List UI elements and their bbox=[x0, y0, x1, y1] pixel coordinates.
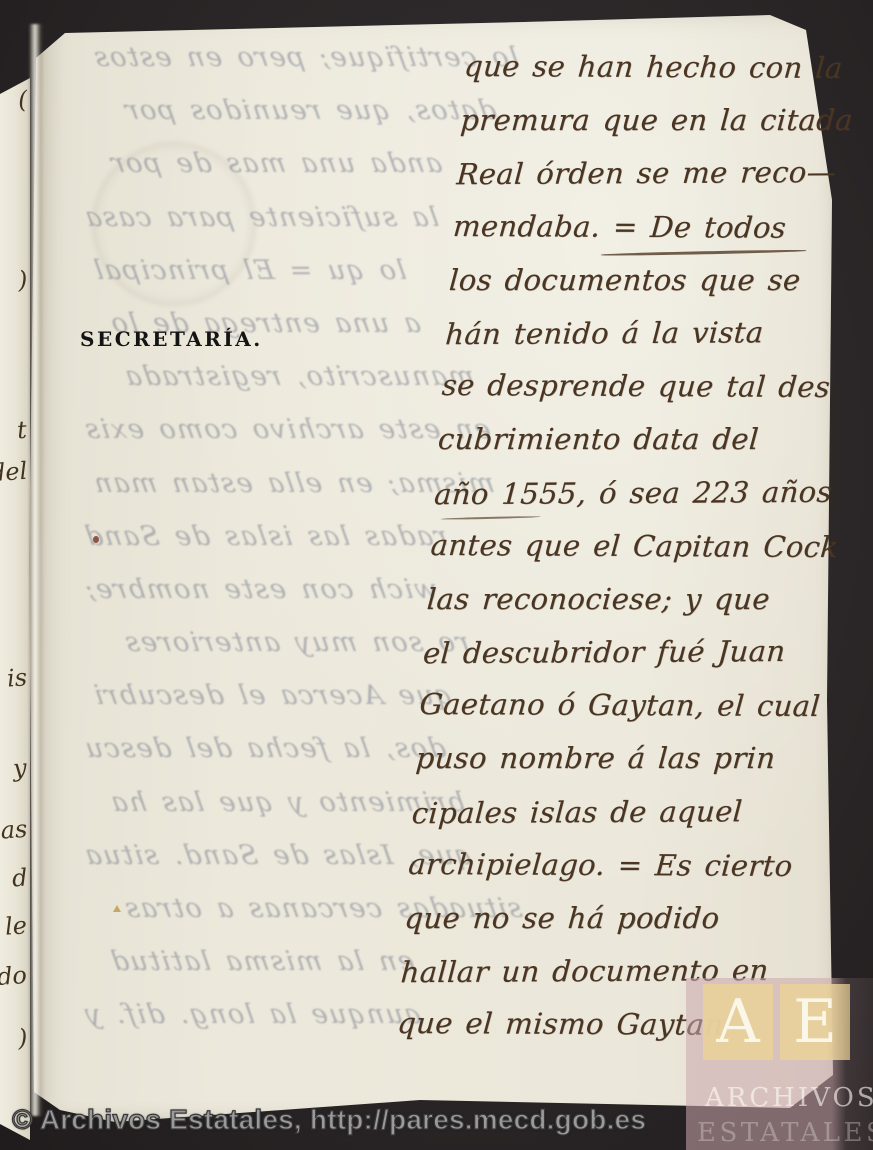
watermark-estatales-label: ESTATALES bbox=[697, 1118, 873, 1148]
manuscript-line: hán tenido á la vista bbox=[443, 315, 851, 371]
edge-text-fragment: le bbox=[4, 911, 28, 940]
archivos-estatales-watermark: A E ARCHIVOS ESTATALES bbox=[686, 978, 873, 1150]
edge-text-fragment: ) bbox=[17, 266, 28, 295]
facing-page-edge: ( ) t del is y las d le do ) bbox=[0, 78, 30, 1140]
manuscript-line: cipales islas de aquel bbox=[410, 793, 818, 849]
edge-text-fragment: t bbox=[16, 416, 28, 445]
edge-text-fragment: is bbox=[6, 663, 28, 692]
edge-text-fragment: del bbox=[0, 457, 28, 488]
manuscript-line: las reconociese; y que bbox=[424, 582, 832, 635]
edge-text-fragment: las bbox=[0, 815, 28, 845]
binding-fold bbox=[29, 24, 44, 1116]
manuscript-line: Real órden se me reco— bbox=[454, 155, 862, 211]
watermark-archivos-label: ARCHIVOS bbox=[705, 1083, 873, 1113]
secretaria-stamp: SECRETARÍA. bbox=[80, 327, 263, 351]
edge-text-fragment: ( bbox=[17, 86, 28, 115]
manuscript-line: antes que el Capitan Cock bbox=[428, 528, 836, 583]
copyright-credit-line: © Archivos Estatales, http://pares.mecd.… bbox=[12, 1104, 646, 1136]
edge-text-fragment: do bbox=[0, 961, 28, 991]
edge-text-fragment: d bbox=[11, 863, 28, 892]
manuscript-line: los documentos que se bbox=[447, 263, 855, 316]
manuscript-line: archipielago. = Es cierto bbox=[406, 847, 814, 902]
manuscript-line: el descubridor fué Juan bbox=[421, 634, 829, 690]
scanned-manuscript-viewer: ( ) t del is y las d le do ) lo certifiq… bbox=[0, 0, 873, 1150]
edge-text-fragment: y bbox=[12, 754, 27, 783]
manuscript-line: que no se há podido bbox=[402, 901, 810, 954]
manuscript-line: se desprende que tal des bbox=[439, 368, 847, 423]
manuscript-line: puso nombre á las prin bbox=[413, 741, 821, 794]
manuscript-line: año 1555, ó sea 223 años bbox=[432, 474, 840, 530]
manuscript-line: Gaetano ó Gaytan, el cual bbox=[417, 687, 825, 742]
watermark-letter-e: E bbox=[780, 984, 850, 1060]
manuscript-line: mendaba. = De todos bbox=[450, 209, 858, 264]
edge-text-fragment: ) bbox=[17, 1024, 28, 1053]
watermark-initials: A E bbox=[703, 984, 873, 1060]
manuscript-line: cubrimiento data del bbox=[436, 422, 844, 475]
watermark-letter-a: A bbox=[703, 984, 773, 1060]
manuscript-text-column: que se han hecho con la premura que en l… bbox=[395, 50, 870, 1061]
manuscript-line: que se han hecho con la bbox=[462, 49, 870, 104]
manuscript-line: premura que en la citada bbox=[458, 103, 866, 156]
